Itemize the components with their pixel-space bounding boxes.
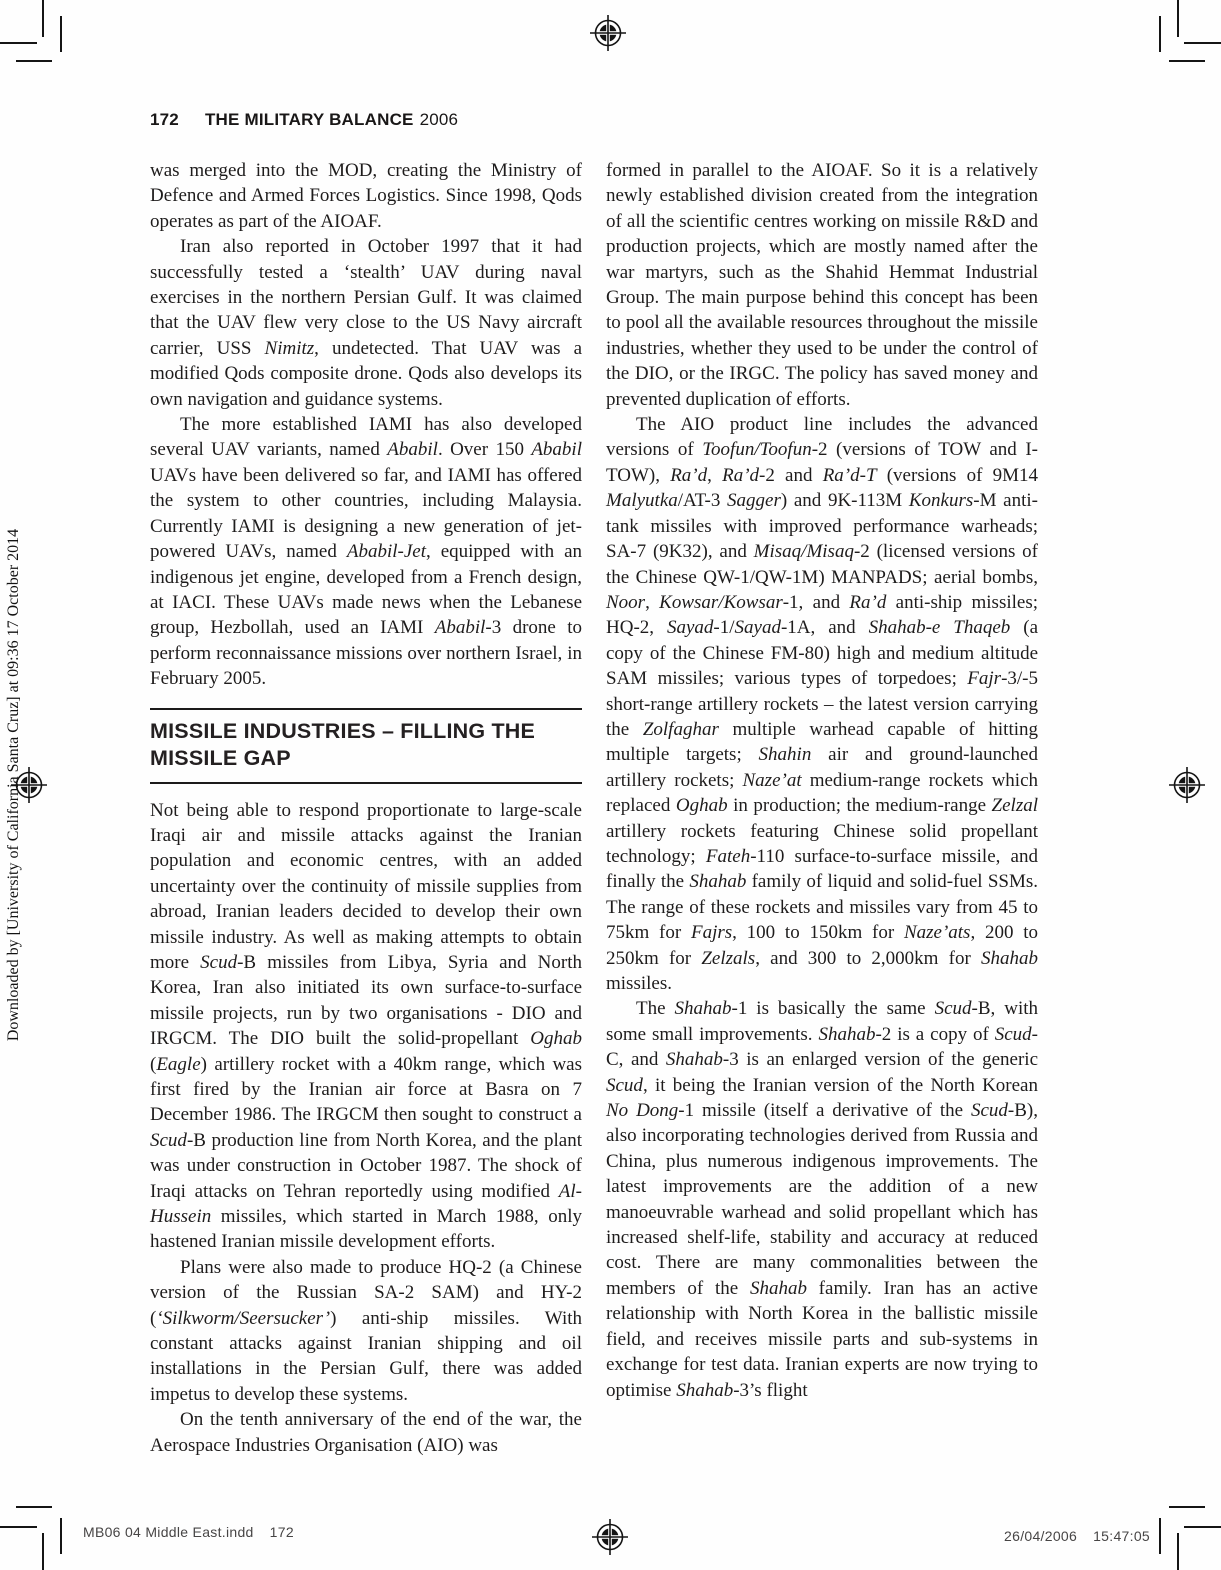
body-paragraph: The Shahab-1 is basically the same Scud-… (606, 996, 1038, 1403)
section-heading: MISSILE INDUSTRIES – FILLING THE MISSILE… (150, 708, 582, 784)
crop-mark (1184, 1526, 1221, 1528)
body-paragraph: On the tenth anniversary of the end of t… (150, 1407, 582, 1458)
body-paragraph: The more established IAMI has also devel… (150, 412, 582, 691)
crop-mark (1177, 0, 1179, 37)
footer-page-number: 172 (270, 1524, 294, 1540)
page-body: was merged into the MOD, creating the Mi… (150, 158, 1038, 1458)
registration-target-icon (1167, 765, 1207, 805)
crop-mark (1159, 1518, 1161, 1554)
download-watermark: Downloaded by [University of California … (5, 445, 31, 1125)
print-time: 15:47:05 (1093, 1528, 1150, 1544)
crop-mark (1169, 60, 1205, 62)
file-name: MB06 04 Middle East.indd (83, 1524, 254, 1540)
crop-mark (16, 60, 52, 62)
crop-mark (1169, 1506, 1205, 1508)
running-header: 172THE MILITARY BALANCE2006 (150, 110, 458, 130)
body-paragraph: formed in parallel to the AIOAF. So it i… (606, 158, 1038, 412)
footer-timestamp: 26/04/200615:47:05 (948, 1528, 1150, 1544)
footer-file-info: MB06 04 Middle East.indd172 (83, 1524, 294, 1540)
journal-year: 2006 (420, 110, 459, 129)
crop-mark (0, 1526, 37, 1528)
header-page-number: 172 (150, 110, 179, 129)
crop-mark (42, 0, 44, 37)
crop-mark (42, 1533, 44, 1570)
body-paragraph: Not being able to respond proportionate … (150, 798, 582, 1255)
crop-mark (60, 1518, 62, 1554)
scanned-document-page: Downloaded by [University of California … (0, 0, 1221, 1570)
crop-mark (16, 1506, 52, 1508)
print-date: 26/04/2006 (1004, 1528, 1077, 1544)
body-paragraph: The AIO product line includes the advanc… (606, 412, 1038, 996)
body-paragraph: Iran also reported in October 1997 that … (150, 234, 582, 412)
left-column: was merged into the MOD, creating the Mi… (150, 158, 582, 1458)
crop-mark (1177, 1533, 1179, 1570)
crop-mark (1184, 42, 1221, 44)
crop-mark (60, 16, 62, 52)
body-paragraph: Plans were also made to produce HQ-2 (a … (150, 1255, 582, 1407)
registration-target-icon (588, 13, 628, 53)
crop-mark (1159, 16, 1161, 52)
right-column: formed in parallel to the AIOAF. So it i… (606, 158, 1038, 1458)
journal-title: THE MILITARY BALANCE (205, 110, 414, 129)
crop-mark (0, 42, 37, 44)
body-paragraph: was merged into the MOD, creating the Mi… (150, 158, 582, 234)
registration-target-icon (590, 1517, 630, 1557)
